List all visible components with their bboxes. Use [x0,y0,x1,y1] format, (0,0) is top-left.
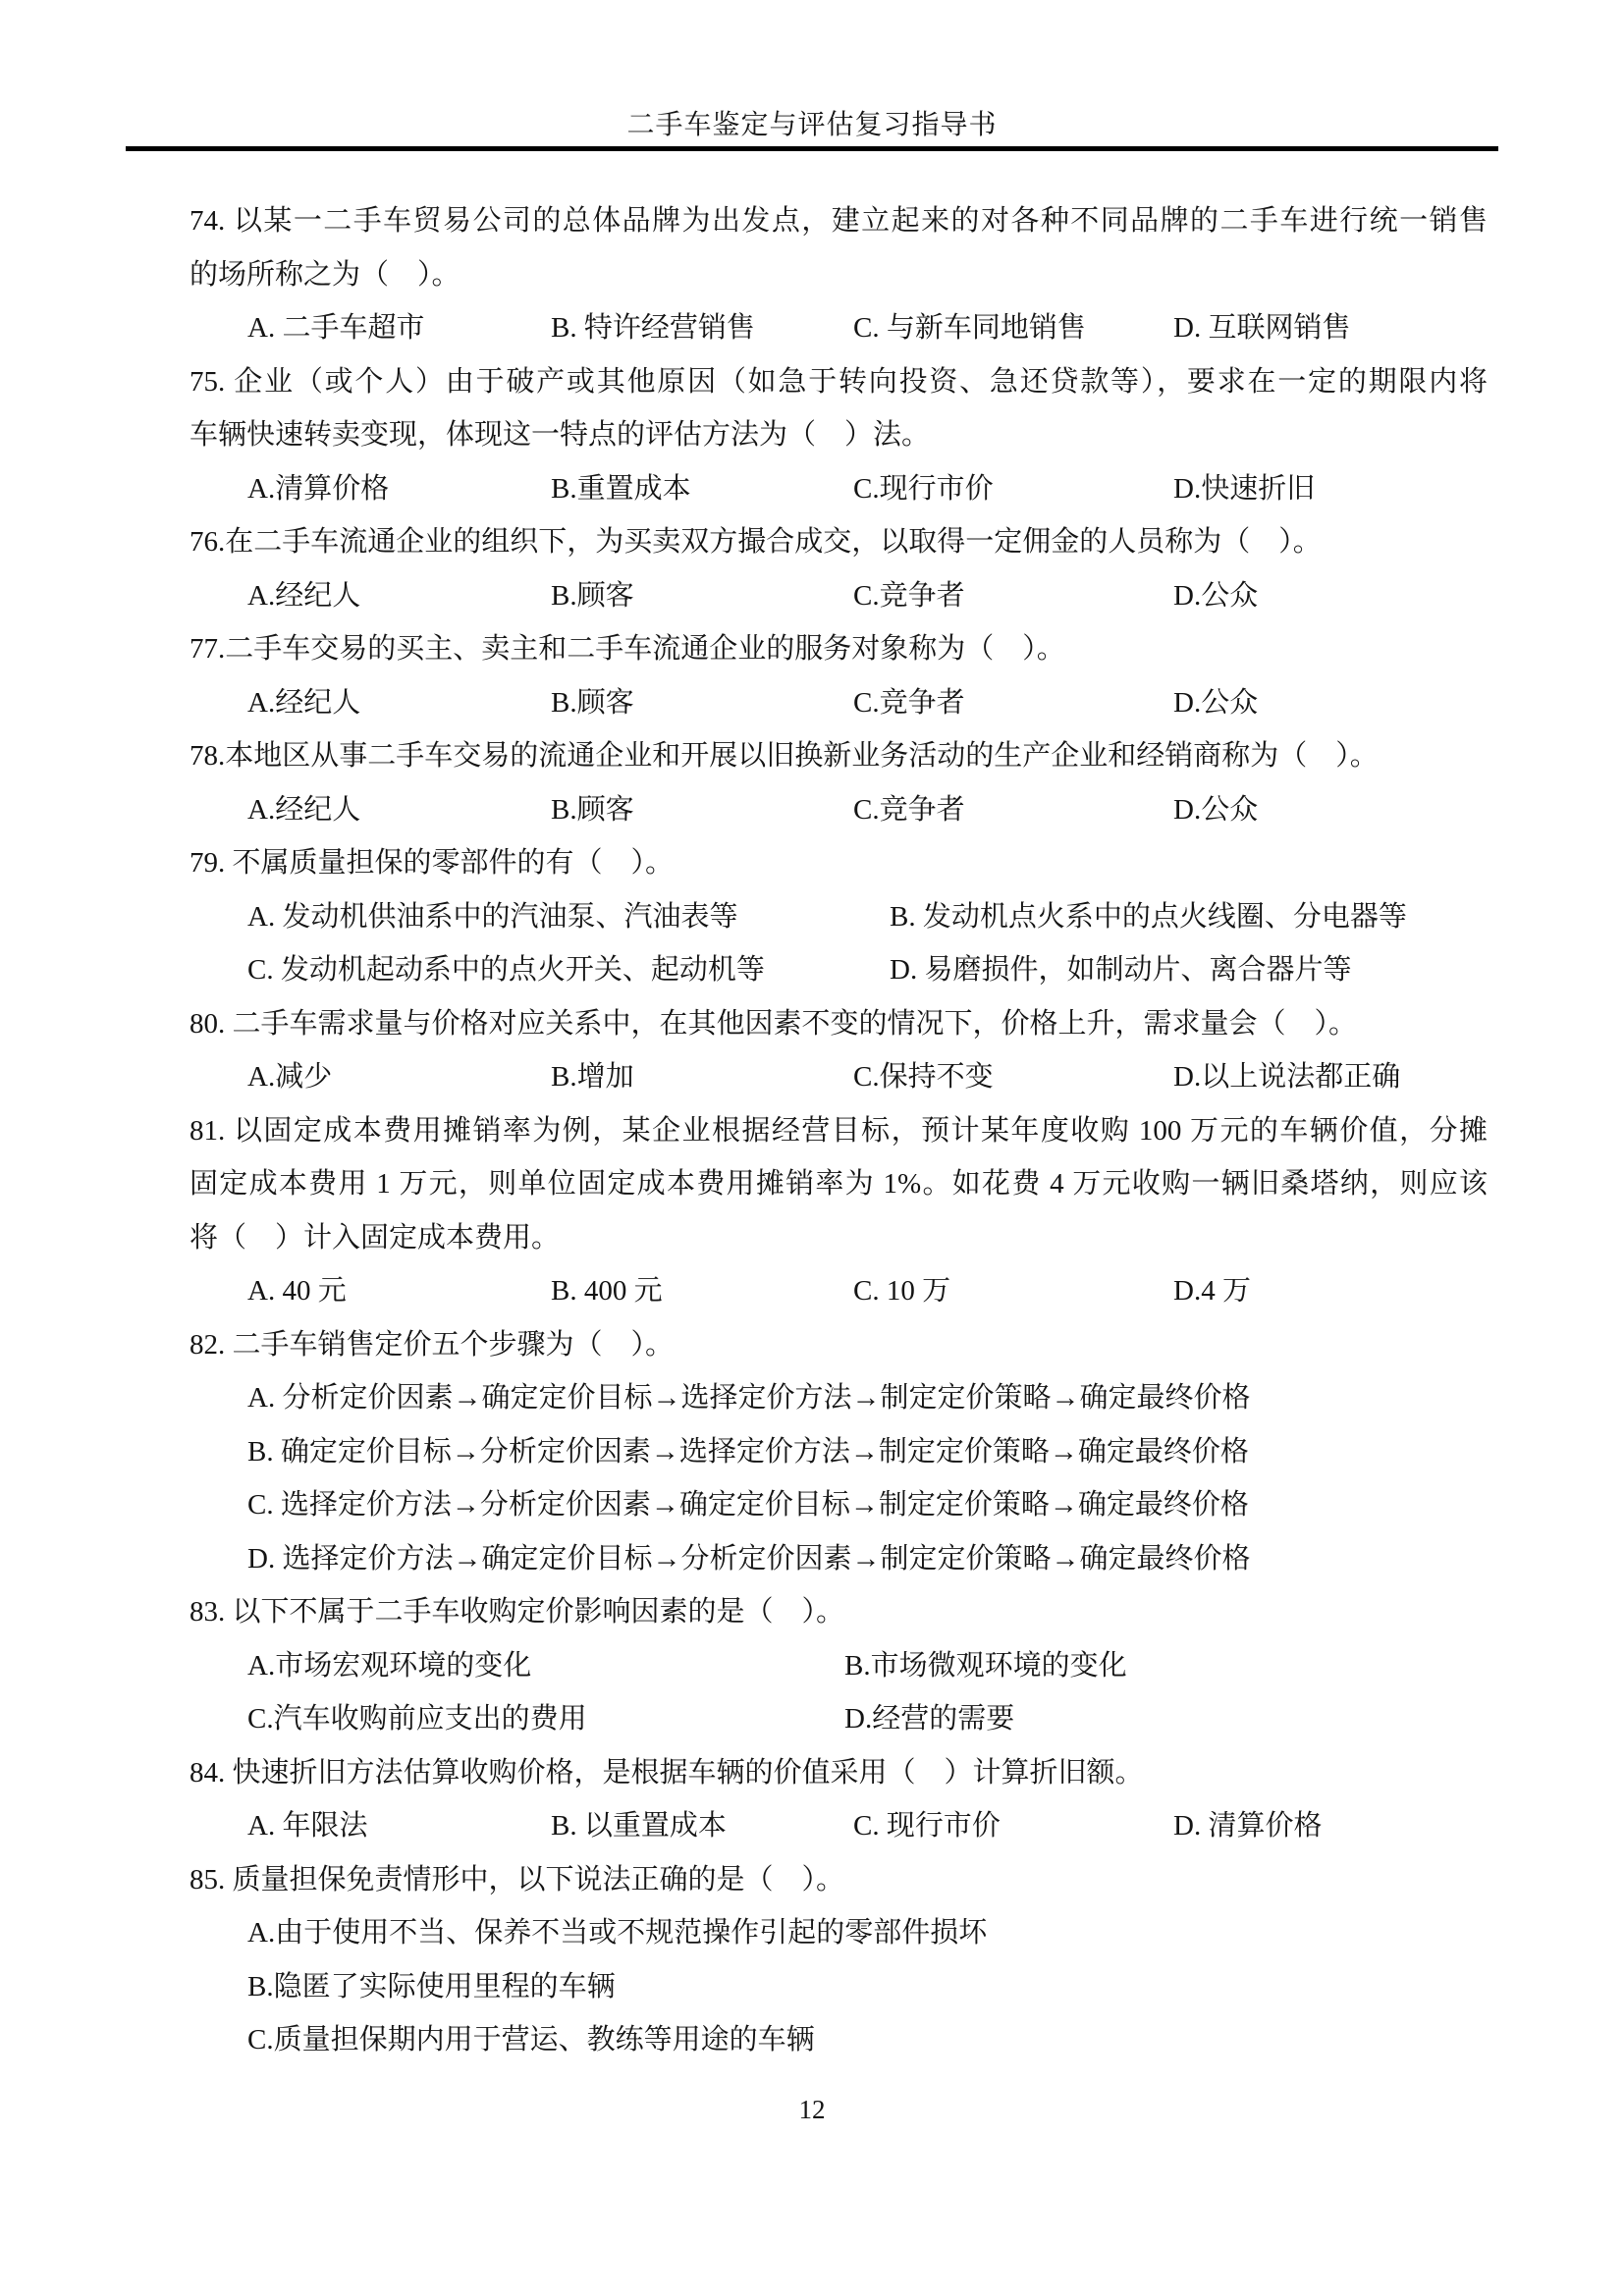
question-80-options: A.减少 B.增加 C.保持不变 D.以上说法都正确 [189,1050,1488,1104]
page-header-title: 二手车鉴定与评估复习指导书 [0,109,1624,142]
question-85-option-b: B.隐匿了实际使用里程的车辆 [189,1960,1488,2014]
question-85: 85. 质量担保免责情形中，以下说法正确的是（ ）。 A.由于使用不当、保养不当… [189,1853,1488,2067]
question-75-option-a: A.清算价格 [247,462,551,516]
question-74-text-line-2: 的场所称之为（ ）。 [189,248,1488,302]
question-76-option-b: B.顾客 [551,569,853,623]
question-78-option-d: D.公众 [1173,783,1488,837]
question-81-text-line-1: 81. 以固定成本费用摊销率为例，某企业根据经营目标，预计某年度收购 100 万… [189,1104,1488,1158]
question-76-options: A.经纪人 B.顾客 C.竞争者 D.公众 [189,569,1488,623]
question-75-options: A.清算价格 B.重置成本 C.现行市价 D.快速折旧 [189,462,1488,516]
question-80-option-a: A.减少 [247,1050,551,1104]
question-81-text-line-2: 固定成本费用 1 万元，则单位固定成本费用摊销率为 1%。如花费 4 万元收购一… [189,1157,1488,1211]
question-82-option-c: C. 选择定价方法→分析定价因素→确定定价目标→制定定价策略→确定最终价格 [189,1478,1488,1532]
question-79-option-c: C. 发动机起动系中的点火开关、起动机等 [247,943,890,997]
question-75-option-b: B.重置成本 [551,462,853,516]
question-list: 74. 以某一二手车贸易公司的总体品牌为出发点，建立起来的对各种不同品牌的二手车… [189,194,1488,2067]
question-79-option-b: B. 发动机点火系中的点火线圈、分电器等 [890,890,1488,944]
question-74-option-d: D. 互联网销售 [1173,301,1488,355]
question-77: 77.二手车交易的买主、卖主和二手车流通企业的服务对象称为（ ）。 A.经纪人 … [189,622,1488,729]
question-83-text-line-1: 83. 以下不属于二手车收购定价影响因素的是（ ）。 [189,1585,1488,1639]
question-75: 75. 企业（或个人）由于破产或其他原因（如急于转向投资、急还贷款等），要求在一… [189,355,1488,516]
question-78-text-line-1: 78.本地区从事二手车交易的流通企业和开展以旧换新业务活动的生产企业和经销商称为… [189,729,1488,783]
question-83-options-row-2: C.汽车收购前应支出的费用 D.经营的需要 [189,1692,1488,1746]
question-78-options: A.经纪人 B.顾客 C.竞争者 D.公众 [189,783,1488,837]
question-77-option-d: D.公众 [1173,676,1488,730]
question-78: 78.本地区从事二手车交易的流通企业和开展以旧换新业务活动的生产企业和经销商称为… [189,729,1488,836]
question-79: 79. 不属质量担保的零部件的有（ ）。 A. 发动机供油系中的汽油泵、汽油表等… [189,836,1488,997]
question-84-option-b: B. 以重置成本 [551,1799,853,1853]
question-84-option-d: D. 清算价格 [1173,1799,1488,1853]
question-84: 84. 快速折旧方法估算收购价格，是根据车辆的价值采用（ ）计算折旧额。 A. … [189,1746,1488,1853]
question-79-options-row-1: A. 发动机供油系中的汽油泵、汽油表等 B. 发动机点火系中的点火线圈、分电器等 [189,890,1488,944]
question-83: 83. 以下不属于二手车收购定价影响因素的是（ ）。 A.市场宏观环境的变化 B… [189,1585,1488,1746]
question-85-text-line-1: 85. 质量担保免责情形中，以下说法正确的是（ ）。 [189,1853,1488,1907]
question-83-option-a: A.市场宏观环境的变化 [247,1639,844,1693]
question-84-text-line-1: 84. 快速折旧方法估算收购价格，是根据车辆的价值采用（ ）计算折旧额。 [189,1746,1488,1800]
question-77-options: A.经纪人 B.顾客 C.竞争者 D.公众 [189,676,1488,730]
question-78-option-c: C.竞争者 [853,783,1173,837]
question-83-option-b: B.市场微观环境的变化 [844,1639,1488,1693]
document-page: 二手车鉴定与评估复习指导书 74. 以某一二手车贸易公司的总体品牌为出发点，建立… [0,0,1624,2296]
question-83-options-row-1: A.市场宏观环境的变化 B.市场微观环境的变化 [189,1639,1488,1693]
question-74-options: A. 二手车超市 B. 特许经营销售 C. 与新车同地销售 D. 互联网销售 [189,301,1488,355]
question-76-option-d: D.公众 [1173,569,1488,623]
question-78-option-b: B.顾客 [551,783,853,837]
page-number: 12 [0,2094,1624,2125]
question-81-option-a: A. 40 元 [247,1264,551,1318]
question-74-option-a: A. 二手车超市 [247,301,551,355]
question-81-option-c: C. 10 万 [853,1264,1173,1318]
question-81-text-line-3: 将（ ）计入固定成本费用。 [189,1211,1488,1265]
question-82-option-a: A. 分析定价因素→确定定价目标→选择定价方法→制定定价策略→确定最终价格 [189,1371,1488,1425]
question-78-option-a: A.经纪人 [247,783,551,837]
question-75-text-line-1: 75. 企业（或个人）由于破产或其他原因（如急于转向投资、急还贷款等），要求在一… [189,355,1488,409]
question-75-text-line-2: 车辆快速转卖变现，体现这一特点的评估方法为（ ）法。 [189,408,1488,462]
question-83-option-c: C.汽车收购前应支出的费用 [247,1692,844,1746]
question-79-options-row-2: C. 发动机起动系中的点火开关、起动机等 D. 易磨损件，如制动片、离合器片等 [189,943,1488,997]
question-76-option-a: A.经纪人 [247,569,551,623]
question-80-text-line-1: 80. 二手车需求量与价格对应关系中，在其他因素不变的情况下，价格上升，需求量会… [189,997,1488,1051]
question-76-option-c: C.竞争者 [853,569,1173,623]
question-80-option-d: D.以上说法都正确 [1173,1050,1488,1104]
question-75-option-d: D.快速折旧 [1173,462,1488,516]
question-77-text-line-1: 77.二手车交易的买主、卖主和二手车流通企业的服务对象称为（ ）。 [189,622,1488,676]
question-76: 76.在二手车流通企业的组织下，为买卖双方撮合成交，以取得一定佣金的人员称为（ … [189,515,1488,622]
question-84-option-a: A. 年限法 [247,1799,551,1853]
question-84-options: A. 年限法 B. 以重置成本 C. 现行市价 D. 清算价格 [189,1799,1488,1853]
question-77-option-b: B.顾客 [551,676,853,730]
question-81-options: A. 40 元 B. 400 元 C. 10 万 D.4 万 [189,1264,1488,1318]
question-84-option-c: C. 现行市价 [853,1799,1173,1853]
question-85-option-c: C.质量担保期内用于营运、教练等用途的车辆 [189,2013,1488,2067]
question-81: 81. 以固定成本费用摊销率为例，某企业根据经营目标，预计某年度收购 100 万… [189,1104,1488,1318]
question-74-option-c: C. 与新车同地销售 [853,301,1173,355]
question-83-option-d: D.经营的需要 [844,1692,1488,1746]
question-82-text-line-1: 82. 二手车销售定价五个步骤为（ ）。 [189,1318,1488,1372]
header-rule [126,146,1498,151]
question-79-text-line-1: 79. 不属质量担保的零部件的有（ ）。 [189,836,1488,890]
question-77-option-a: A.经纪人 [247,676,551,730]
question-81-option-b: B. 400 元 [551,1264,853,1318]
question-77-option-c: C.竞争者 [853,676,1173,730]
question-80: 80. 二手车需求量与价格对应关系中，在其他因素不变的情况下，价格上升，需求量会… [189,997,1488,1104]
question-79-option-a: A. 发动机供油系中的汽油泵、汽油表等 [247,890,890,944]
question-74-option-b: B. 特许经营销售 [551,301,853,355]
question-85-option-a: A.由于使用不当、保养不当或不规范操作引起的零部件损坏 [189,1906,1488,1960]
question-74-text-line-1: 74. 以某一二手车贸易公司的总体品牌为出发点，建立起来的对各种不同品牌的二手车… [189,194,1488,248]
question-74: 74. 以某一二手车贸易公司的总体品牌为出发点，建立起来的对各种不同品牌的二手车… [189,194,1488,355]
question-76-text-line-1: 76.在二手车流通企业的组织下，为买卖双方撮合成交，以取得一定佣金的人员称为（ … [189,515,1488,569]
question-82: 82. 二手车销售定价五个步骤为（ ）。 A. 分析定价因素→确定定价目标→选择… [189,1318,1488,1586]
question-79-option-d: D. 易磨损件，如制动片、离合器片等 [890,943,1488,997]
question-81-option-d: D.4 万 [1173,1264,1488,1318]
question-80-option-c: C.保持不变 [853,1050,1173,1104]
question-75-option-c: C.现行市价 [853,462,1173,516]
question-80-option-b: B.增加 [551,1050,853,1104]
question-82-option-d: D. 选择定价方法→确定定价目标→分析定价因素→制定定价策略→确定最终价格 [189,1532,1488,1586]
question-82-option-b: B. 确定定价目标→分析定价因素→选择定价方法→制定定价策略→确定最终价格 [189,1425,1488,1479]
